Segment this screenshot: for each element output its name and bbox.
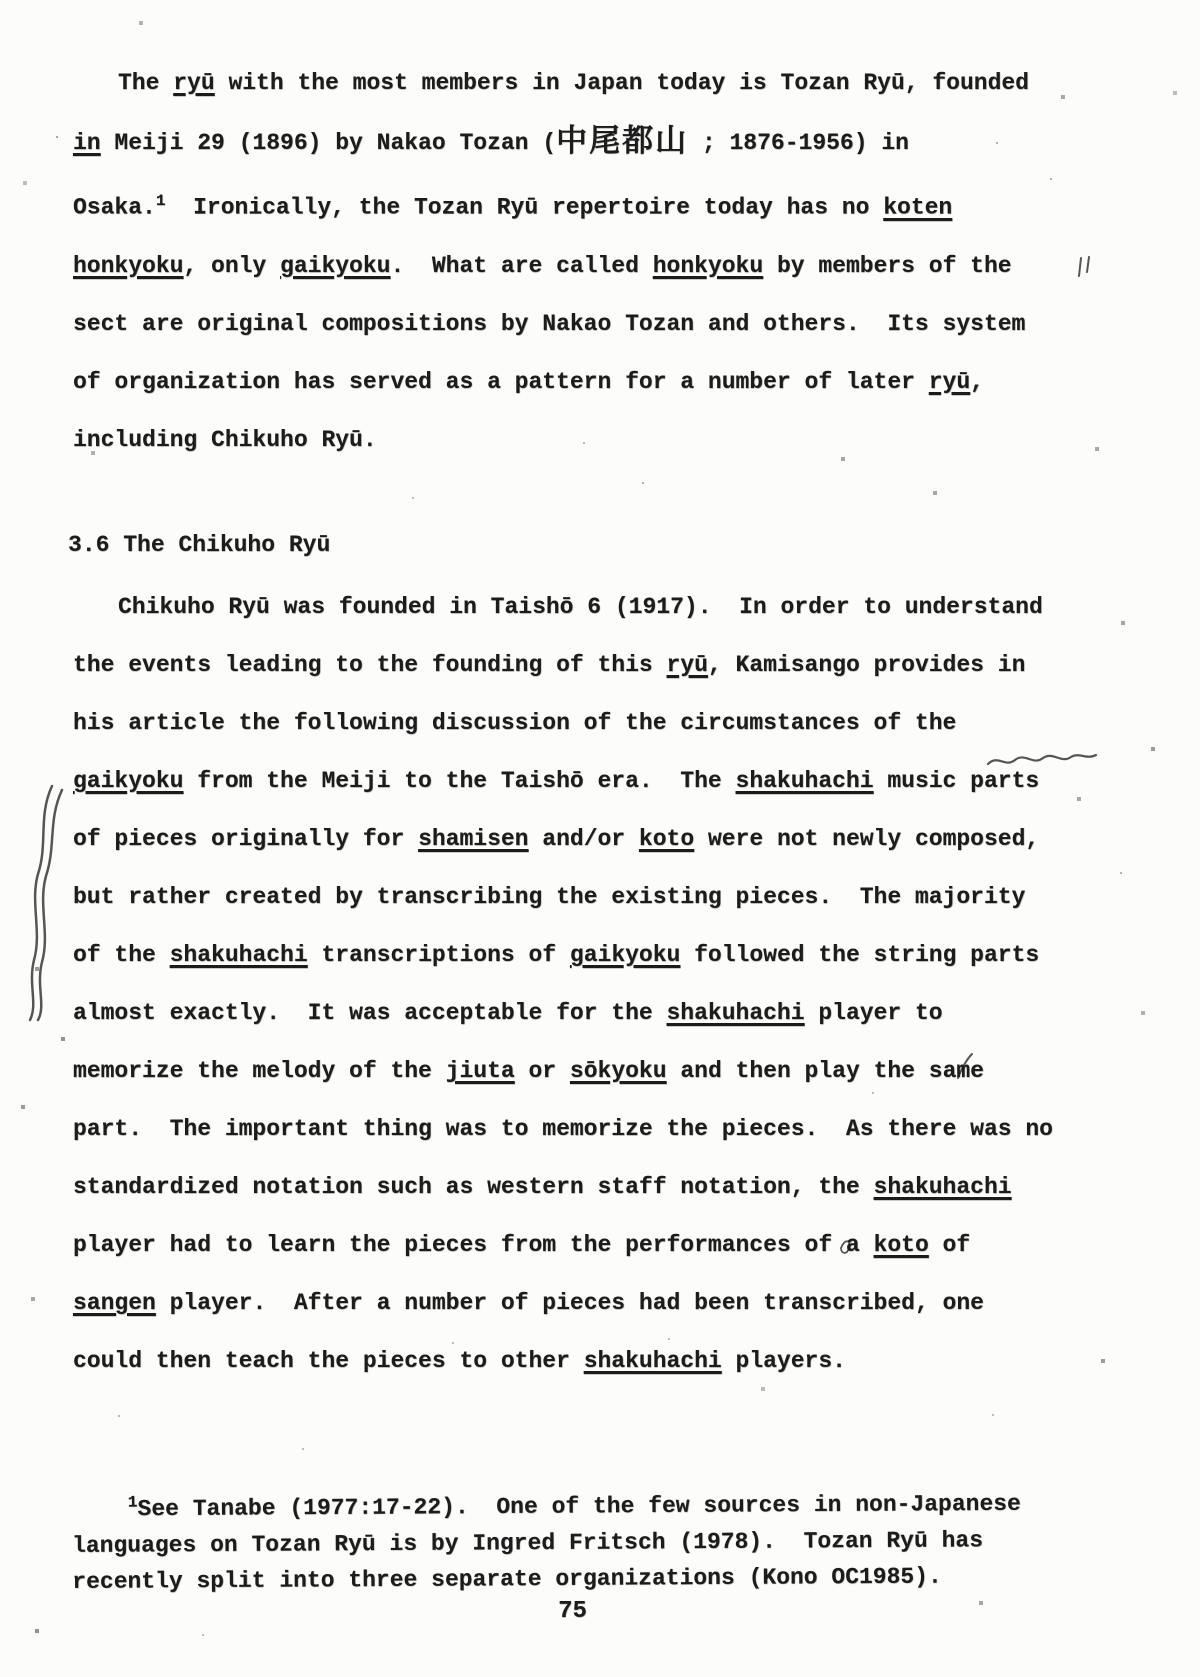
text-segment: including Chikuho Ryū.: [73, 427, 377, 453]
underlined-term: shakuhachi: [874, 1174, 1012, 1200]
text-segment: player to: [805, 1000, 943, 1026]
text-segment: and then play the same: [667, 1058, 984, 1084]
text-line: his article the following discussion of …: [73, 694, 1053, 752]
text-line: sect are original compositions by Nakao …: [73, 295, 1029, 353]
margin-bracket-mark: [22, 782, 70, 1026]
text-line: memorize the melody of the jiuta or sōky…: [73, 1042, 1053, 1100]
text-line: the events leading to the founding of th…: [73, 636, 1053, 694]
text-segment: of pieces originally for: [73, 826, 418, 852]
text-line: sangen player. After a number of pieces …: [73, 1274, 1053, 1332]
text-segment: music parts: [874, 768, 1040, 794]
underlined-term: koto: [874, 1232, 929, 1258]
text-line: player had to learn the pieces from the …: [73, 1216, 1053, 1274]
underlined-term: gaikyoku: [73, 768, 183, 794]
underlined-term: honkyoku: [73, 253, 183, 279]
paragraph-chikuho-ryu: Chikuho Ryū was founded in Taishō 6 (191…: [73, 578, 1053, 1390]
text-segment: or: [515, 1058, 570, 1084]
footnote-ref: 1: [156, 192, 166, 210]
text-line: of organization has served as a pattern …: [73, 353, 1029, 411]
underlined-term: gaikyoku: [280, 253, 390, 279]
underlined-term: koten: [883, 195, 952, 221]
text-line: of the shakuhachi transcriptions of gaik…: [73, 926, 1053, 984]
underlined-term: ryū: [929, 369, 970, 395]
underlined-term: gaikyoku: [570, 942, 680, 968]
text-segment: of organization has served as a pattern …: [73, 369, 929, 395]
text-segment: could then teach the pieces to other: [73, 1348, 584, 1374]
text-line: but rather created by transcribing the e…: [73, 868, 1053, 926]
text-segment: languages on Tozan Ryū is by Ingred Frit…: [72, 1527, 983, 1559]
underlined-term: sōkyoku: [570, 1058, 667, 1084]
text-segment: were not newly composed,: [694, 826, 1039, 852]
text-segment: The: [118, 70, 173, 96]
underlined-term: shakuhachi: [667, 1000, 805, 1026]
text-segment: sect are original compositions by Nakao …: [73, 311, 1025, 337]
text-segment: part. The important thing was to memoriz…: [73, 1116, 1053, 1142]
underlined-term: shakuhachi: [736, 768, 874, 794]
kanji-text: 中尾都山: [556, 123, 688, 159]
section-heading: 3.6 The Chikuho Ryū: [68, 516, 330, 574]
text-segment: See Tanabe (1977:17-22). One of the few …: [137, 1491, 1020, 1522]
text-line: languages on Tozan Ryū is by Ingred Frit…: [72, 1522, 1021, 1564]
text-segment: ; 1876-1956) in: [688, 130, 909, 156]
underlined-term: koto: [639, 826, 694, 852]
scanned-page: The ryū with the most members in Japan t…: [0, 0, 1200, 1677]
text-segment: his article the following discussion of …: [73, 710, 956, 736]
text-segment: followed the string parts: [680, 942, 1039, 968]
text-segment: the events leading to the founding of th…: [73, 652, 667, 678]
footnote: 1See Tanabe (1977:17-22). One of the few…: [72, 1479, 1022, 1599]
text-line: 1See Tanabe (1977:17-22). One of the few…: [72, 1479, 1021, 1527]
text-segment: of: [929, 1232, 970, 1258]
text-line: honkyoku, only gaikyoku. What are called…: [73, 237, 1029, 295]
scan-noise: [0, 0, 2, 2]
text-line: The ryū with the most members in Japan t…: [73, 54, 1029, 112]
text-line: of pieces originally for shamisen and/or…: [73, 810, 1053, 868]
paragraph-tozan-ryu: The ryū with the most members in Japan t…: [73, 54, 1029, 469]
text-line: recently split into three separate organ…: [72, 1558, 1021, 1600]
text-segment: ,: [970, 369, 984, 395]
text-segment: players.: [722, 1348, 846, 1374]
underlined-term: ryū: [173, 70, 214, 96]
text-segment: memorize the melody of the: [73, 1058, 446, 1084]
text-segment: . What are called: [390, 253, 652, 279]
underlined-term: ryū: [667, 652, 708, 678]
underlined-term: jiuta: [446, 1058, 515, 1084]
footnote-ref: 1: [128, 1493, 138, 1511]
text-segment: Chikuho Ryū was founded in Taishō 6 (191…: [118, 594, 1043, 620]
text-line: including Chikuho Ryū.: [73, 411, 1029, 469]
text-segment: , Kamisango provides in: [708, 652, 1025, 678]
text-segment: by members of the: [763, 253, 1011, 279]
text-segment: transcriptions of: [308, 942, 570, 968]
text-segment: almost exactly. It was acceptable for th…: [73, 1000, 667, 1026]
text-segment: player. After a number of pieces had bee…: [156, 1290, 984, 1316]
text-line: could then teach the pieces to other sha…: [73, 1332, 1053, 1390]
text-line: part. The important thing was to memoriz…: [73, 1100, 1053, 1158]
text-segment: Osaka.: [73, 195, 156, 221]
text-line: standardized notation such as western st…: [73, 1158, 1053, 1216]
text-segment: , only: [183, 253, 280, 279]
text-segment: but rather created by transcribing the e…: [73, 884, 1025, 910]
text-segment: player had to learn the pieces from the …: [73, 1232, 874, 1258]
text-line: gaikyoku from the Meiji to the Taishō er…: [73, 752, 1053, 810]
underlined-term: shakuhachi: [584, 1348, 722, 1374]
text-line: almost exactly. It was acceptable for th…: [73, 984, 1053, 1042]
text-line: Chikuho Ryū was founded in Taishō 6 (191…: [73, 578, 1053, 636]
text-segment: of the: [73, 942, 170, 968]
underlined-term: honkyoku: [653, 253, 763, 279]
text-line: Osaka.1 Ironically, the Tozan Ryū repert…: [73, 172, 1029, 237]
underlined-term: sangen: [73, 1290, 156, 1316]
text-segment: from the Meiji to the Taishō era. The: [183, 768, 735, 794]
underlined-term: shamisen: [418, 826, 528, 852]
underlined-term: in: [73, 130, 101, 156]
margin-tick-mark: [1076, 256, 1094, 282]
text-segment: and/or: [528, 826, 638, 852]
page-number: 75: [0, 1598, 1145, 1625]
text-segment: standardized notation such as western st…: [73, 1174, 874, 1200]
text-segment: recently split into three separate organ…: [72, 1563, 942, 1594]
underlined-term: shakuhachi: [170, 942, 308, 968]
text-segment: Ironically, the Tozan Ryū repertoire tod…: [166, 195, 884, 221]
text-segment: with the most members in Japan today is …: [215, 70, 1029, 96]
text-segment: Meiji 29 (1896) by Nakao Tozan (: [101, 130, 556, 156]
text-line: in Meiji 29 (1896) by Nakao Tozan (中尾都山 …: [73, 112, 1029, 172]
